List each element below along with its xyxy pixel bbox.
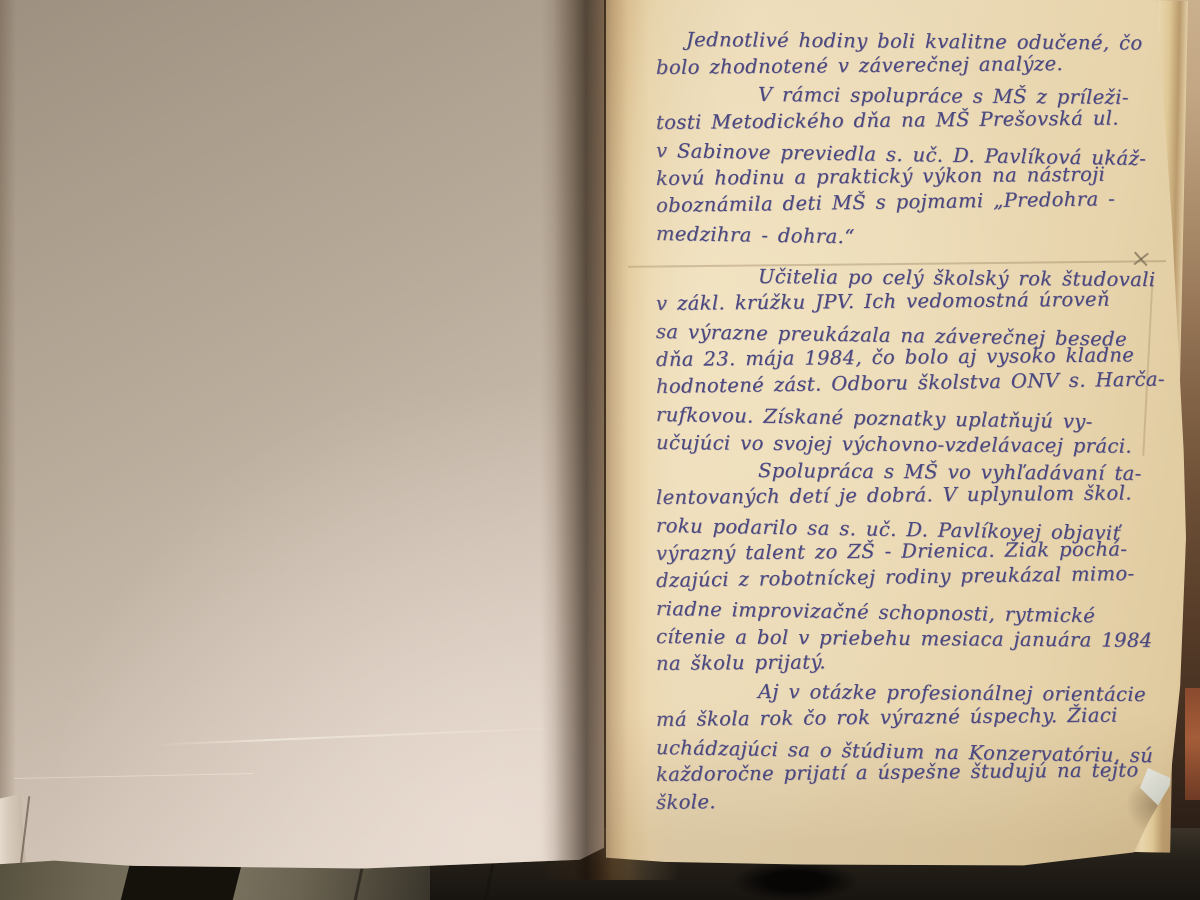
paragraph: Jednotlivé hodiny boli kvalitne odučené,…: [656, 26, 1174, 81]
handwritten-text: Jednotlivé hodiny boli kvalitne odučené,…: [656, 26, 1174, 817]
handwritten-line: učujúci vo svojej výchovno-vzdelávacej p…: [656, 429, 1174, 461]
handwritten-line: v zákl. krúžku JPV. Ich vedomostná úrove…: [656, 285, 1174, 318]
wooden-edge: [1185, 688, 1200, 800]
dark-shadow-blob: [735, 862, 855, 900]
paragraph: V rámci spolupráce s MŠ z príleži-tosti …: [656, 81, 1174, 247]
paragraph: Učitelia po celý školský rok študovaliv …: [656, 263, 1174, 457]
handwritten-line: bolo zhodnotené v záverečnej analýze.: [656, 49, 1174, 82]
page-crease-line: [14, 773, 254, 779]
handwritten-line: hodnotené zást. Odboru školstva ONV s. H…: [656, 366, 1174, 401]
handwritten-line: na školu prijatý.: [656, 645, 1174, 678]
paragraph: Aj v otázke profesionálnej orientáciemá …: [656, 678, 1174, 817]
page-crease-line: [150, 726, 570, 746]
handwritten-line: má škola rok čo rok výrazné úspechy. Žia…: [656, 701, 1174, 734]
right-page: Jednotlivé hodiny boli kvalitne odučené,…: [606, 0, 1186, 868]
left-blank-page: [0, 0, 604, 872]
paragraph: Spolupráca s MŠ vo vyhľadávaní ta-lentov…: [656, 457, 1174, 679]
handwritten-line: tosti Metodického dňa na MŠ Prešovská ul…: [656, 104, 1174, 137]
handwritten-line: lentovaných detí je dobrá. V uplynulom š…: [656, 479, 1174, 512]
photo-of-open-chronicle: Jednotlivé hodiny boli kvalitne odučené,…: [0, 0, 1200, 900]
handwritten-line: dzajúci z robotníckej rodiny preukázal m…: [656, 560, 1174, 595]
handwritten-line: medzihra - dohra.“: [656, 220, 1174, 256]
